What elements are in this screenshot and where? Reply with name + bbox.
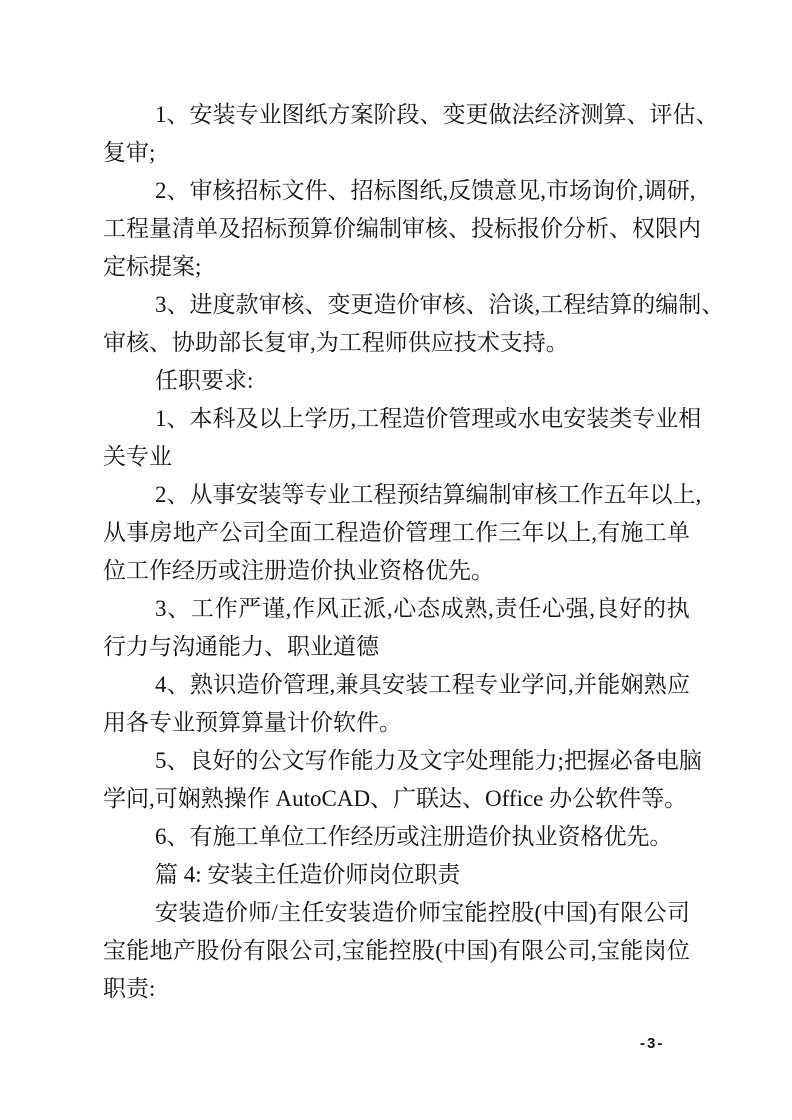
text-line: 从事房地产公司全面工程造价管理工作三年以上,有施工单 — [103, 514, 690, 552]
document-body: 1、安装专业图纸方案阶段、变更做法经济测算、评估、复审;2、审核招标文件、招标图… — [103, 96, 690, 1008]
text-line: 用各专业预算算量计价软件。 — [103, 704, 690, 742]
text-line: 安装造价师/主任安装造价师宝能控股(中国)有限公司 — [103, 894, 690, 932]
text-line: 篇 4: 安装主任造价师岗位职责 — [103, 856, 690, 894]
document-page: 1、安装专业图纸方案阶段、变更做法经济测算、评估、复审;2、审核招标文件、招标图… — [0, 0, 792, 1120]
text-line: 1、本科及以上学历,工程造价管理或水电安装类专业相 — [103, 400, 690, 438]
text-line: 5、良好的公文写作能力及文字处理能力;把握必备电脑 — [103, 742, 690, 780]
text-line: 位工作经历或注册造价执业资格优先。 — [103, 552, 690, 590]
text-line: 关专业 — [103, 438, 690, 476]
text-line: 工程量清单及招标预算价编制审核、投标报价分析、权限内 — [103, 210, 690, 248]
text-line: 行力与沟通能力、职业道德 — [103, 628, 690, 666]
text-line: 6、有施工单位工作经历或注册造价执业资格优先。 — [103, 818, 690, 856]
text-line: 定标提案; — [103, 248, 690, 286]
text-line: 4、熟识造价管理,兼具安装工程专业学问,并能娴熟应 — [103, 666, 690, 704]
text-line: 1、安装专业图纸方案阶段、变更做法经济测算、评估、 — [103, 96, 690, 134]
page-number: -3- — [640, 1035, 664, 1052]
text-line: 3、进度款审核、变更造价审核、洽谈,工程结算的编制、 — [103, 286, 690, 324]
text-line: 3、工作严谨,作风正派,心态成熟,责任心强,良好的执 — [103, 590, 690, 628]
text-line: 职责: — [103, 970, 690, 1008]
text-line: 2、从事安装等专业工程预结算编制审核工作五年以上, — [103, 476, 690, 514]
text-line: 任职要求: — [103, 362, 690, 400]
text-line: 审核、协助部长复审,为工程师供应技术支持。 — [103, 324, 690, 362]
text-line: 2、审核招标文件、招标图纸,反馈意见,市场询价,调研, — [103, 172, 690, 210]
text-line: 复审; — [103, 134, 690, 172]
text-line: 学问,可娴熟操作 AutoCAD、广联达、Office 办公软件等。 — [103, 780, 690, 818]
text-line: 宝能地产股份有限公司,宝能控股(中国)有限公司,宝能岗位 — [103, 932, 690, 970]
